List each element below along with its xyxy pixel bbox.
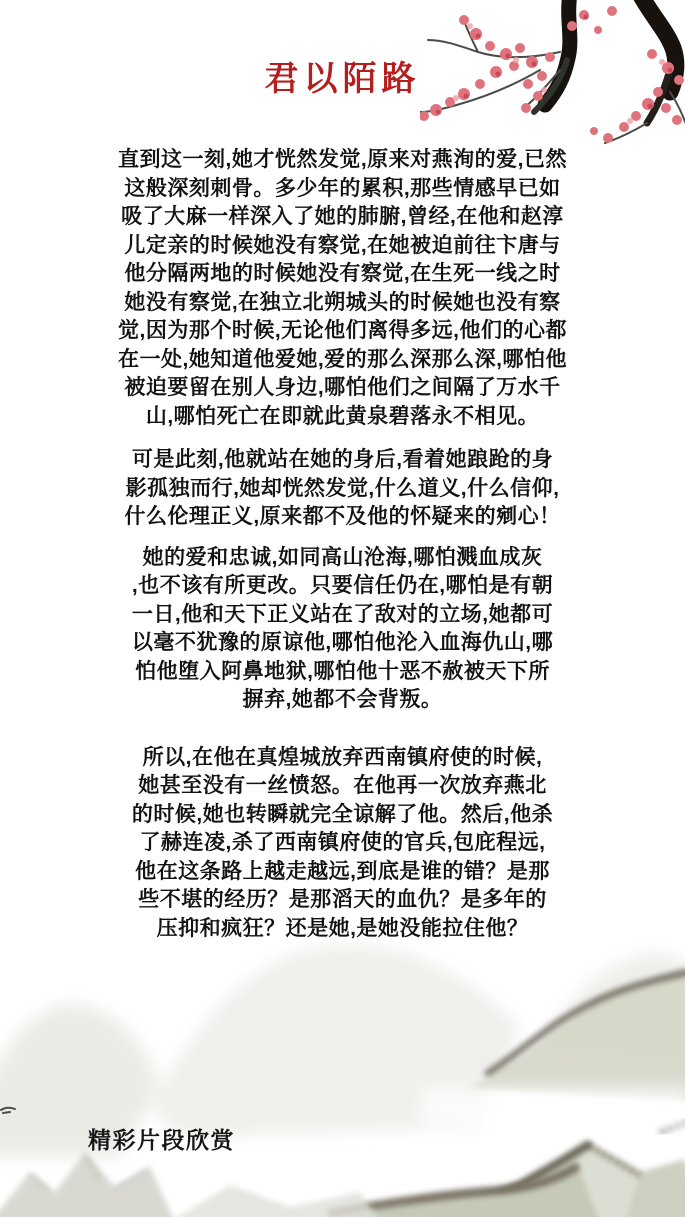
article-paragraph-3: 她的爱和忠诚,如同高山沧海,哪怕溅血成灰 ,也不该有所更改。只要信任仍在,哪怕是… xyxy=(70,544,615,715)
page-title: 君以陌路 xyxy=(70,0,615,100)
article-paragraph-2: 可是此刻,他就站在她的身后,看着她踉跄的身 影孤独而行,她却恍然发觉,什么道义,… xyxy=(70,446,615,532)
article-paragraph-4: 所以,在他在真煌城放弃西南镇府使的时候, 她甚至没有一丝愤怒。在他再一次放弃燕北… xyxy=(70,744,615,944)
article-paragraph-1: 直到这一刻,她才恍然发觉,原来对燕洵的爱,已然 这般深刻刺骨。多少年的累积,那些… xyxy=(70,146,615,431)
mist-band xyxy=(420,1087,685,1129)
ink-wash-mountain-landscape xyxy=(0,897,685,1217)
footer-caption: 精彩片段欣赏 xyxy=(88,1122,235,1155)
peaks-bottom-left xyxy=(0,1152,175,1217)
peaks-bottom-center xyxy=(170,1185,380,1217)
article-content: 君以陌路 直到这一刻,她才恍然发觉,原来对燕洵的爱,已然 这般深刻刺骨。多少年的… xyxy=(70,0,615,943)
